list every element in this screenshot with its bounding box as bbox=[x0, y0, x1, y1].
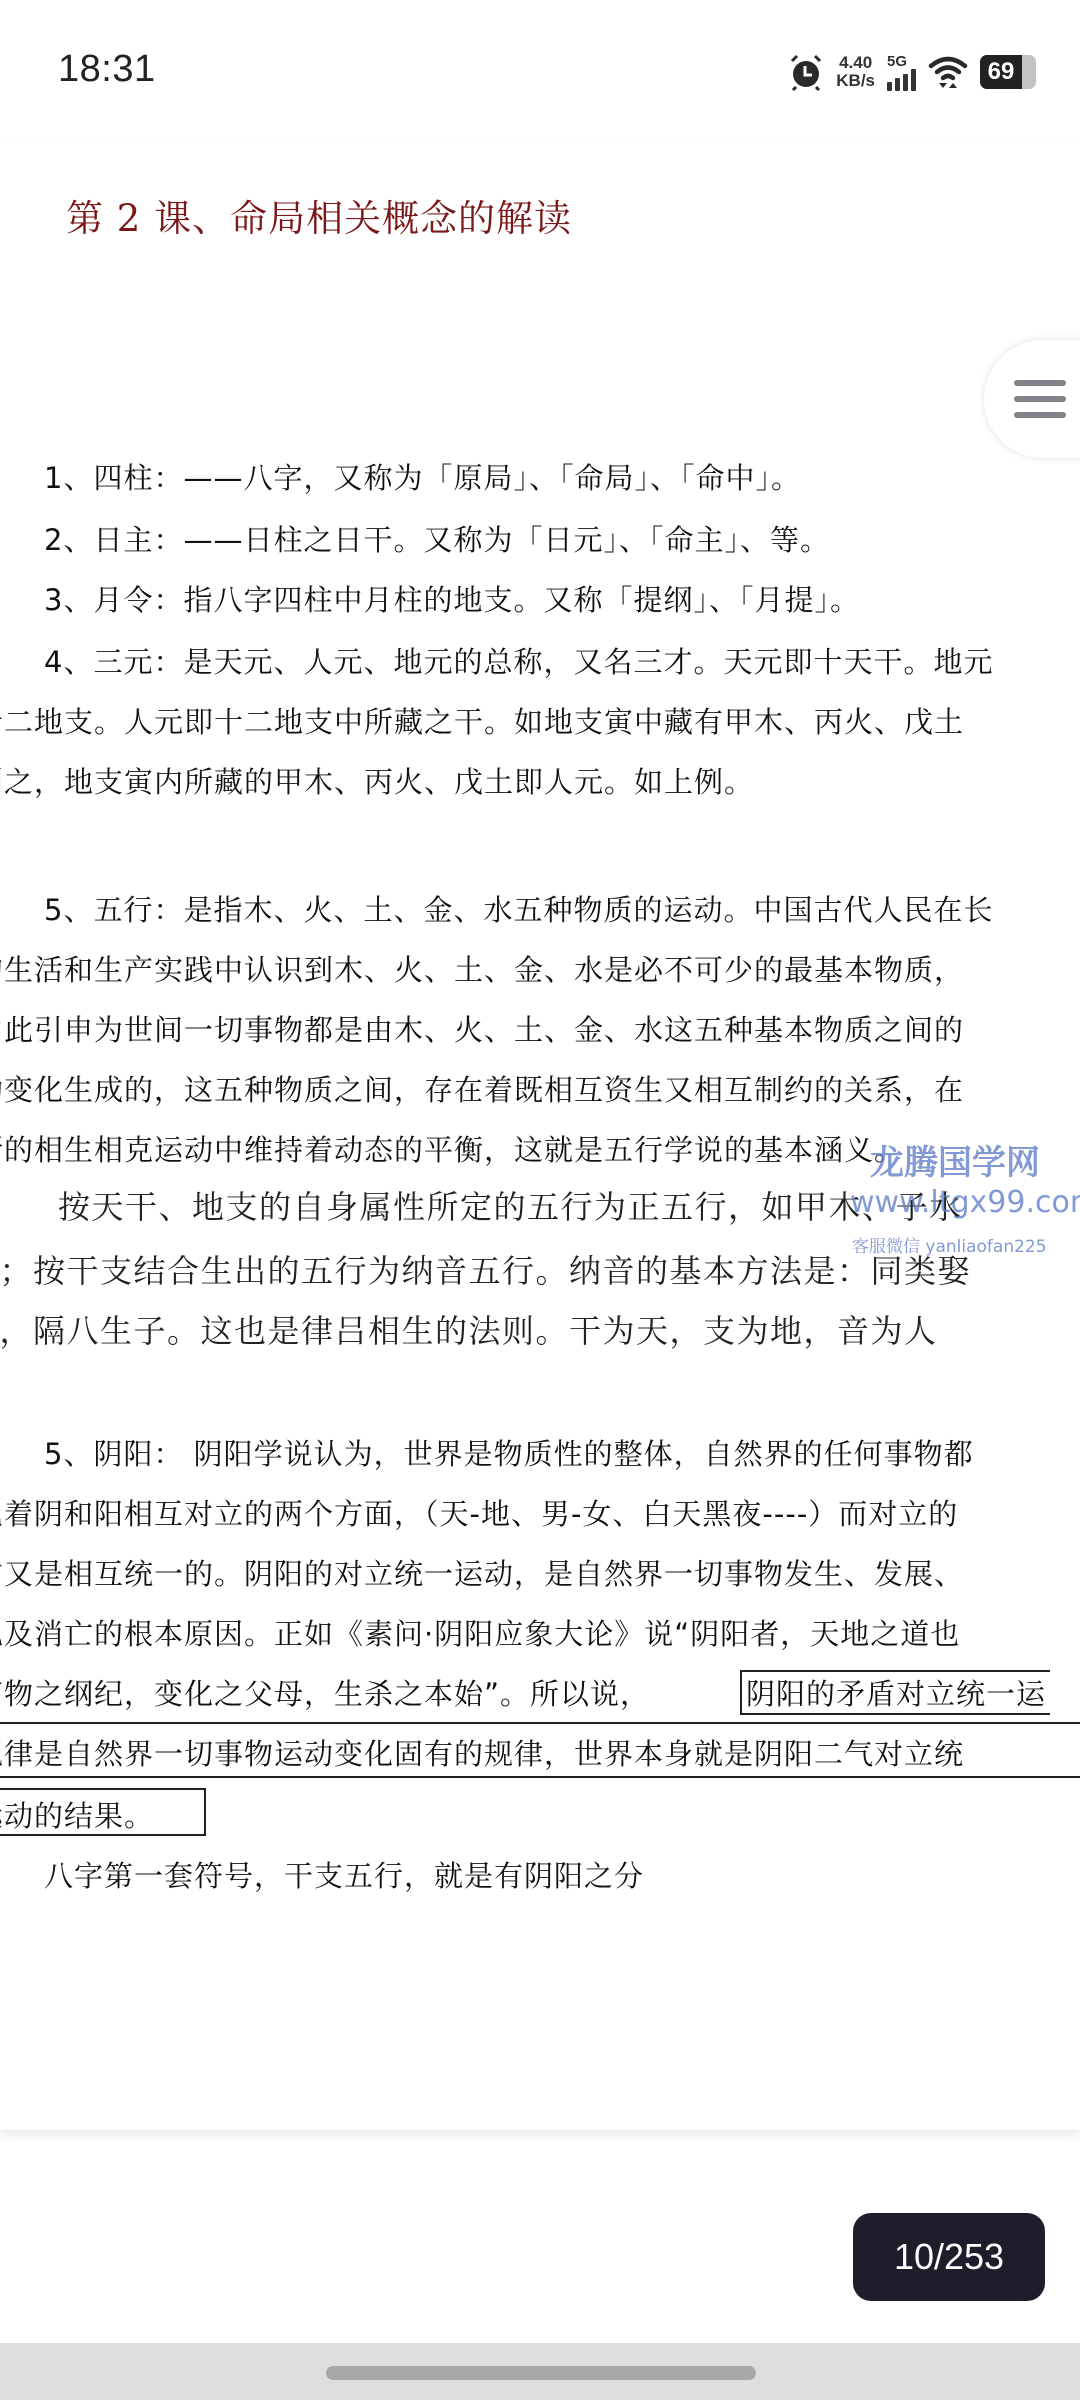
alarm-icon bbox=[788, 53, 824, 91]
home-indicator[interactable] bbox=[326, 2366, 756, 2380]
status-time: 18:31 bbox=[58, 48, 156, 91]
highlighted-text: 规律是自然界一切事物运动变化固有的规律，世界本身就是阴阳二气对立统 bbox=[0, 1732, 964, 1773]
watermark-contact: 客服微信 yanliaofan225 bbox=[852, 1232, 1047, 1257]
status-icons: 4.40 KB/s 5G 69 bbox=[788, 50, 1040, 94]
text-line: 动变化生成的，这五种物质之间，存在着既相互资生又相互制约的关系，在 bbox=[0, 1068, 964, 1109]
text-line: 3、月令：指八字四柱中月柱的地支。又称「提纲」、「月提」。 bbox=[44, 578, 860, 619]
wifi-icon bbox=[928, 54, 968, 90]
text-line: 十二地支。人元即十二地支中所藏之干。如地支寅中藏有甲木、丙火、戊土 bbox=[0, 700, 964, 741]
text-line: 则之，地支寅内所藏的甲木、丙火、戊土即人元。如上例。 bbox=[0, 760, 754, 801]
text-line: 4、三元：是天元、人元、地元的总称，又名三才。天元即十天干。地元 bbox=[44, 640, 993, 681]
text-line: 方又是相互统一的。阴阳的对立统一运动，是自然界一切事物发生、发展、 bbox=[0, 1552, 964, 1593]
text-line: 妻，隔八生子。这也是律吕相生的法则。干为天，支为地，音为人 bbox=[0, 1306, 938, 1352]
text-line: 5、五行：是指木、火、土、金、水五种物质的运动。中国古代人民在长 bbox=[44, 888, 993, 929]
text-line: 化及消亡的根本原因。正如《素问·阴阳应象大论》说“阴阳者，天地之道也 bbox=[0, 1612, 960, 1653]
text-line: 按天干、地支的自身属性所定的五行为正五行，如甲木、子水 bbox=[58, 1182, 963, 1228]
text-line: 万物之纲纪，变化之父母，生杀之本始”。所以说， bbox=[0, 1672, 650, 1713]
text-line: 2、日主：——日柱之日干。又称为「日元」、「命主」、等。 bbox=[44, 518, 830, 559]
text-line: 包着阴和阳相互对立的两个方面，（天-地、男-女、白天黑夜----）而对立的 bbox=[0, 1492, 958, 1533]
watermark-site-name: 龙腾国学网 bbox=[870, 1135, 1040, 1184]
network-speed: 4.40 KB/s bbox=[836, 54, 875, 90]
text-line: 断的相生相克运动中维持着动态的平衡，这就是五行学说的基本涵义。 bbox=[0, 1128, 904, 1169]
status-bar: 18:31 4.40 KB/s 5G 69 bbox=[0, 0, 1080, 140]
battery-icon: 69 bbox=[980, 55, 1040, 89]
signal-icon: 5G bbox=[887, 54, 916, 91]
page-title: 第 2 课、命局相关概念的解读 bbox=[66, 188, 572, 242]
text-line: 八字第一套符号，干支五行，就是有阴阳之分 bbox=[44, 1854, 644, 1895]
text-line: 1、四柱：——八字，又称为「原局」、「命局」、「命中」。 bbox=[44, 456, 801, 497]
page-indicator: 10/253 bbox=[853, 2213, 1045, 2301]
highlighted-text: 阴阳的矛盾对立统一运 bbox=[740, 1670, 1050, 1715]
highlighted-text: 运动的结果。 bbox=[0, 1794, 154, 1835]
text-line: 的生活和生产实践中认识到木、火、土、金、水是必不可少的最基本物质， bbox=[0, 948, 964, 989]
watermark-url: www.ltgx99.com bbox=[850, 1185, 1080, 1220]
text-line: 5、阴阳： 阴阳学说认为，世界是物质性的整体，自然界的任何事物都 bbox=[44, 1432, 974, 1473]
text-line: 由此引申为世间一切事物都是由木、火、土、金、水这五种基本物质之间的 bbox=[0, 1008, 964, 1049]
text-line: 等；按干支结合生出的五行为纳音五行。纳音的基本方法是：同类娶 bbox=[0, 1246, 971, 1292]
